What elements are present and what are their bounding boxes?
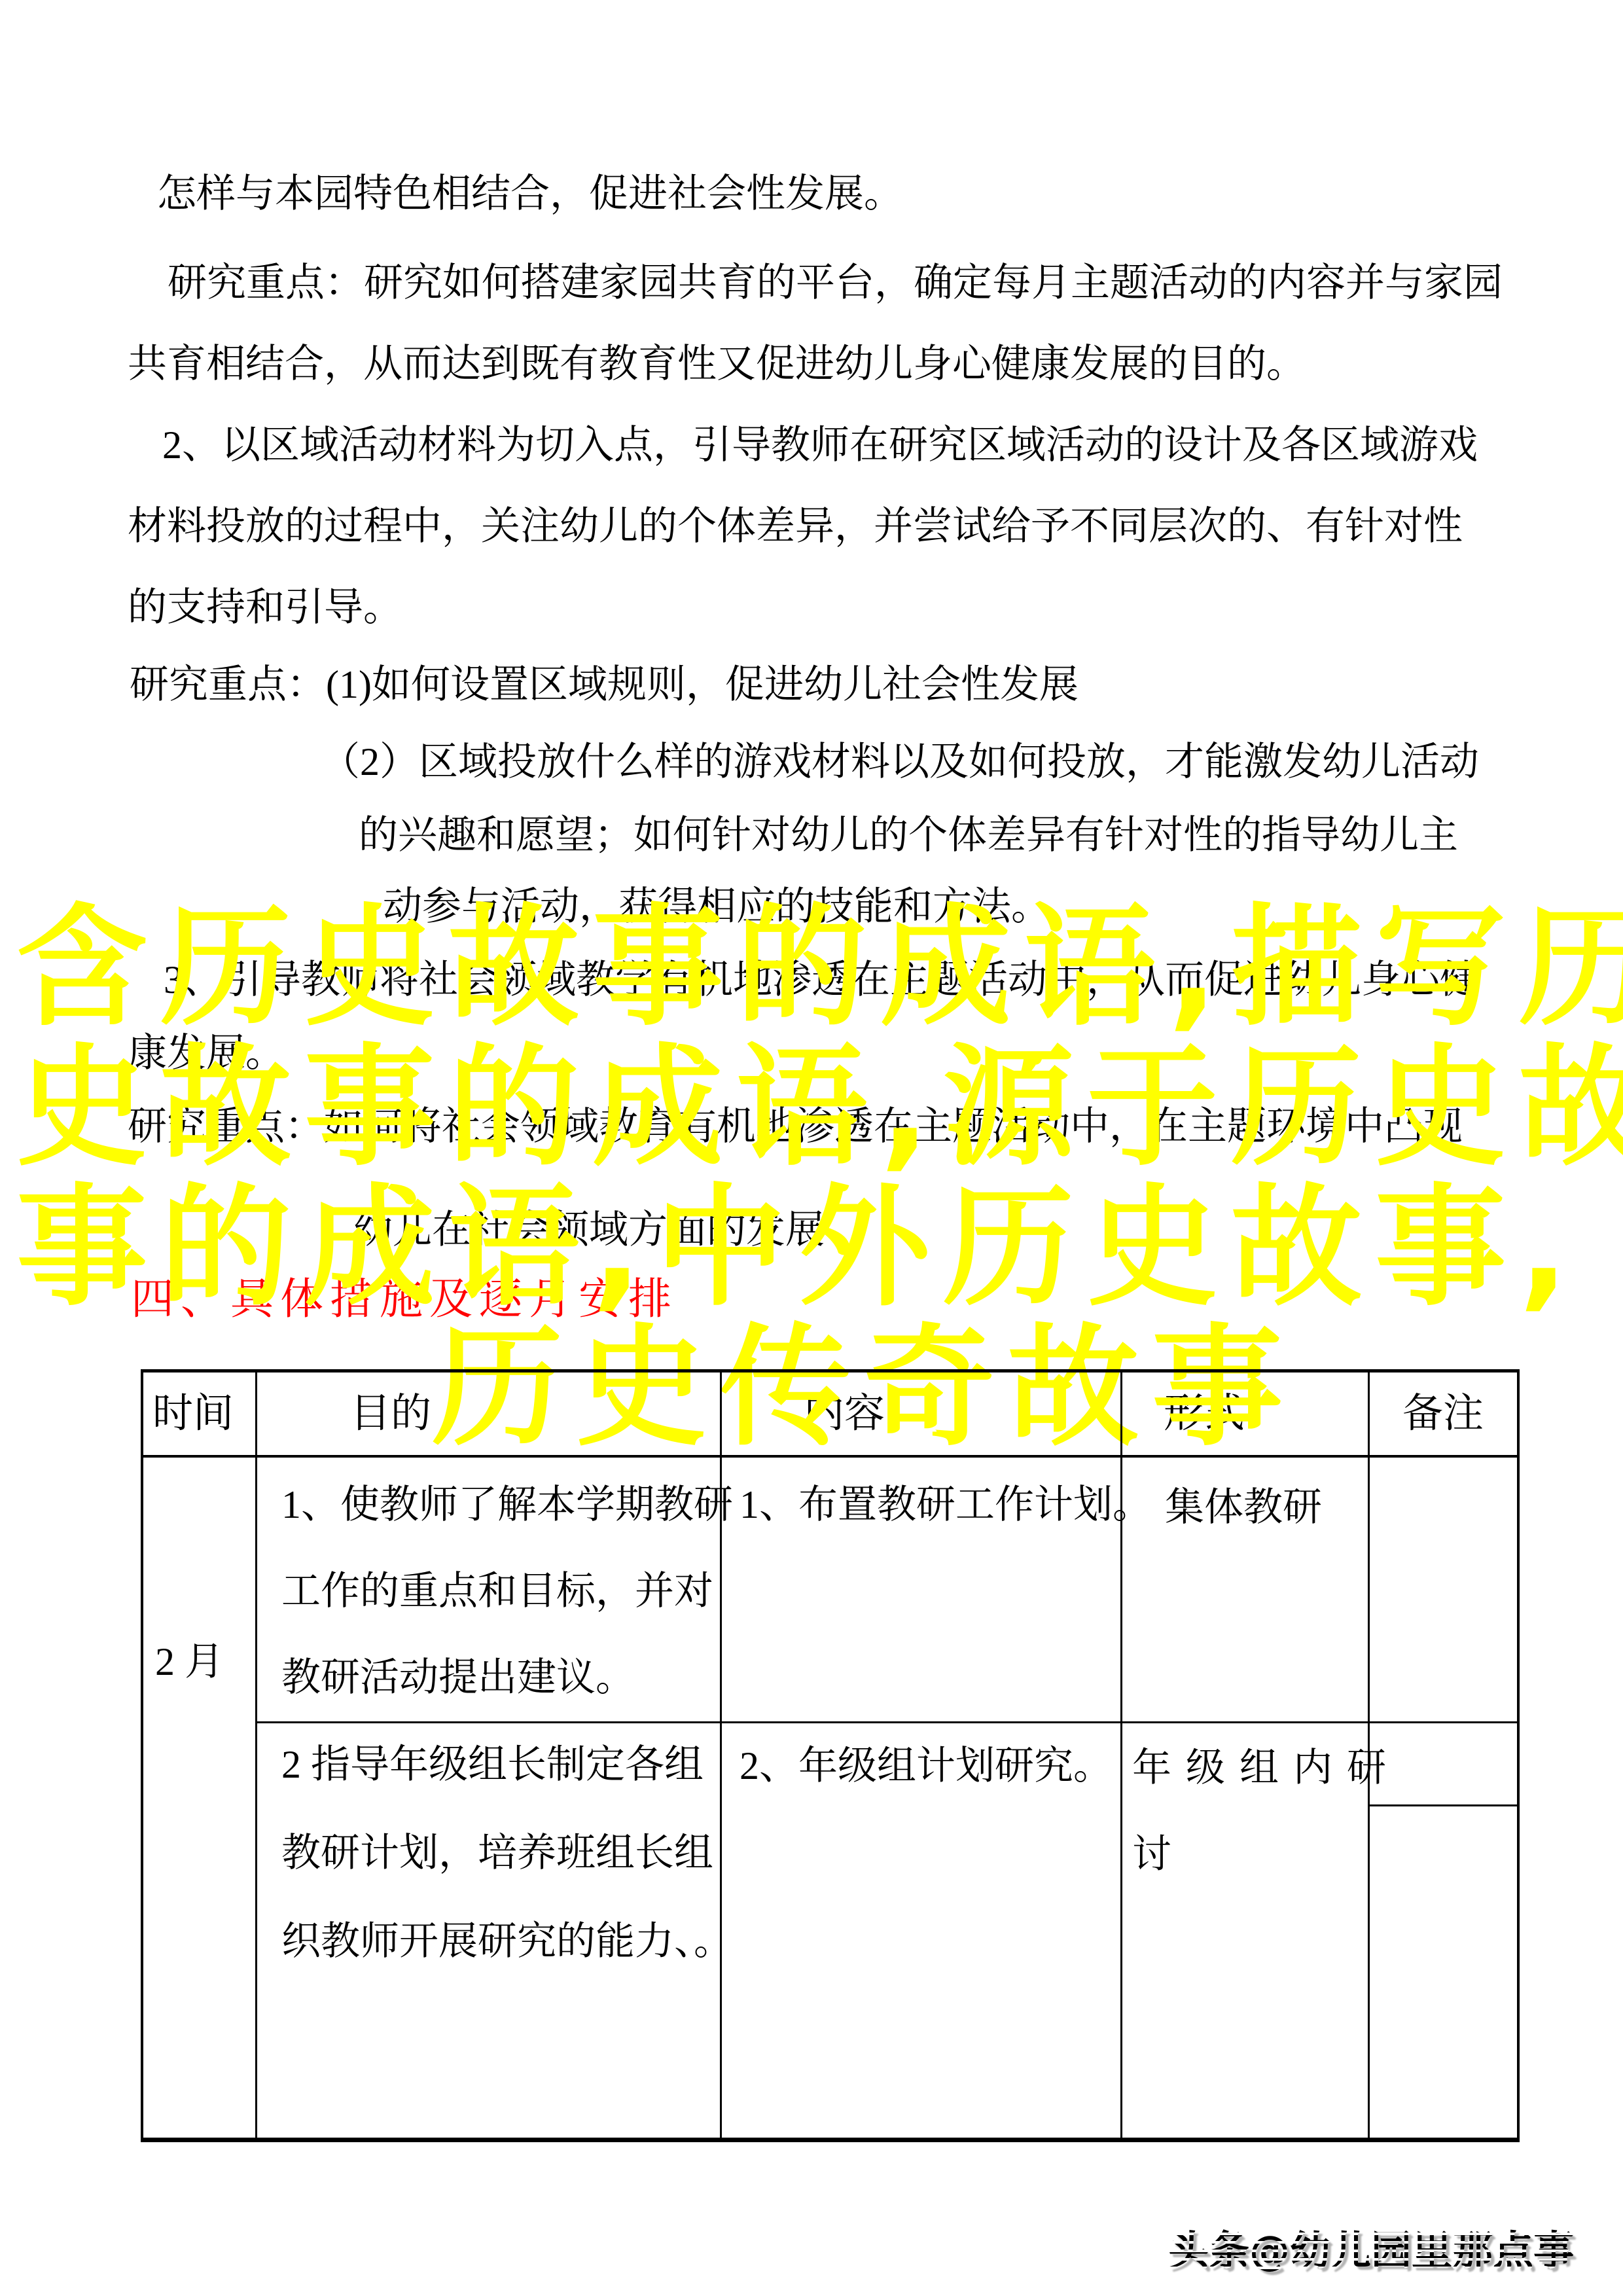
body-line: 2、以区域活动材料为切入点，引导教师在研究区域活动的设计及各区域游戏 <box>162 423 1478 467</box>
body-line: 的支持和引导。 <box>128 586 402 629</box>
table-border-top <box>141 1369 1520 1372</box>
table-cell-form-line: 年级组内研 <box>1132 1746 1400 1789</box>
body-line: 怎样与本园特色相结合，促进社会性发展。 <box>157 172 903 215</box>
table-cell-purpose-line: 教研活动提出建议。 <box>281 1656 635 1699</box>
table-cell-purpose-line: 1、使教师了解本学期教研 <box>281 1483 733 1526</box>
body-line: 共育相结合，从而达到既有教育性又促进幼儿身心健康发展的目的。 <box>128 342 1306 386</box>
body-line: 研究重点：研究如何搭建家园共育的平台，确定每月主题活动的内容并与家园 <box>168 261 1503 304</box>
table-border-col-time <box>255 1369 257 2142</box>
watermark-title-line: 历史传奇故事 <box>432 1318 1296 1458</box>
table-cell-form: 集体教研 <box>1165 1486 1322 1529</box>
table-cell-content: 2、年级组计划研究。 <box>740 1744 1113 1787</box>
table-cell-purpose-line: 工作的重点和目标，并对 <box>281 1570 713 1613</box>
table-header-time: 时间 <box>152 1392 234 1435</box>
table-header-remark: 备注 <box>1402 1392 1484 1435</box>
body-line: 的兴趣和愿望；如何针对幼儿的个体差异有针对性的指导幼儿主 <box>359 814 1458 857</box>
table-cell-purpose-line: 教研计划，培养班组长组 <box>281 1831 713 1874</box>
toutiao-brand-watermark: 头条@幼儿园里那点事 <box>1168 2218 1574 2276</box>
watermark-title-line: 含历史故事的成语,描写历 <box>16 898 1623 1038</box>
body-line: （2）区域投放什么样的游戏材料以及如何投放，才能激发幼儿活动 <box>321 740 1479 783</box>
table-header-purpose: 目的 <box>350 1392 431 1435</box>
body-line: 研究重点：(1)如何设置区域规则，促进幼儿社会性发展 <box>130 663 1079 706</box>
table-border-left <box>141 1369 143 2142</box>
body-line: 材料投放的过程中，关注幼儿的个体差异，并尝试给予不同层次的、有针对性 <box>128 505 1463 548</box>
table-border-row-divider <box>255 1721 1520 1723</box>
table-cell-purpose-line: 2 指导年级组长制定各组 <box>281 1743 704 1786</box>
table-cell-form-line: 讨 <box>1132 1833 1171 1876</box>
table-border-col-purpose <box>720 1369 722 2142</box>
watermark-title-line: 事的成语,中外历史故事, <box>16 1178 1582 1318</box>
table-cell-time: 2 月 <box>155 1640 224 1683</box>
watermark-title-line: 史故事的成语,源于历史故 <box>16 1038 1623 1178</box>
table-border-right <box>1517 1369 1520 2142</box>
table-border-remark-divider <box>1368 1804 1520 1806</box>
table-border-header-bottom <box>141 1455 1520 1458</box>
table-border-col-form <box>1368 1369 1370 2142</box>
table-cell-content: 1、布置教研工作计划。 <box>740 1483 1152 1526</box>
table-border-col-content <box>1120 1369 1122 2142</box>
document-page: 怎样与本园特色相结合，促进社会性发展。 研究重点：研究如何搭建家园共育的平台，确… <box>0 0 1623 2296</box>
table-border-bottom <box>141 2138 1520 2142</box>
table-cell-purpose-line: 织教师开展研究的能力、。 <box>281 1920 733 1963</box>
